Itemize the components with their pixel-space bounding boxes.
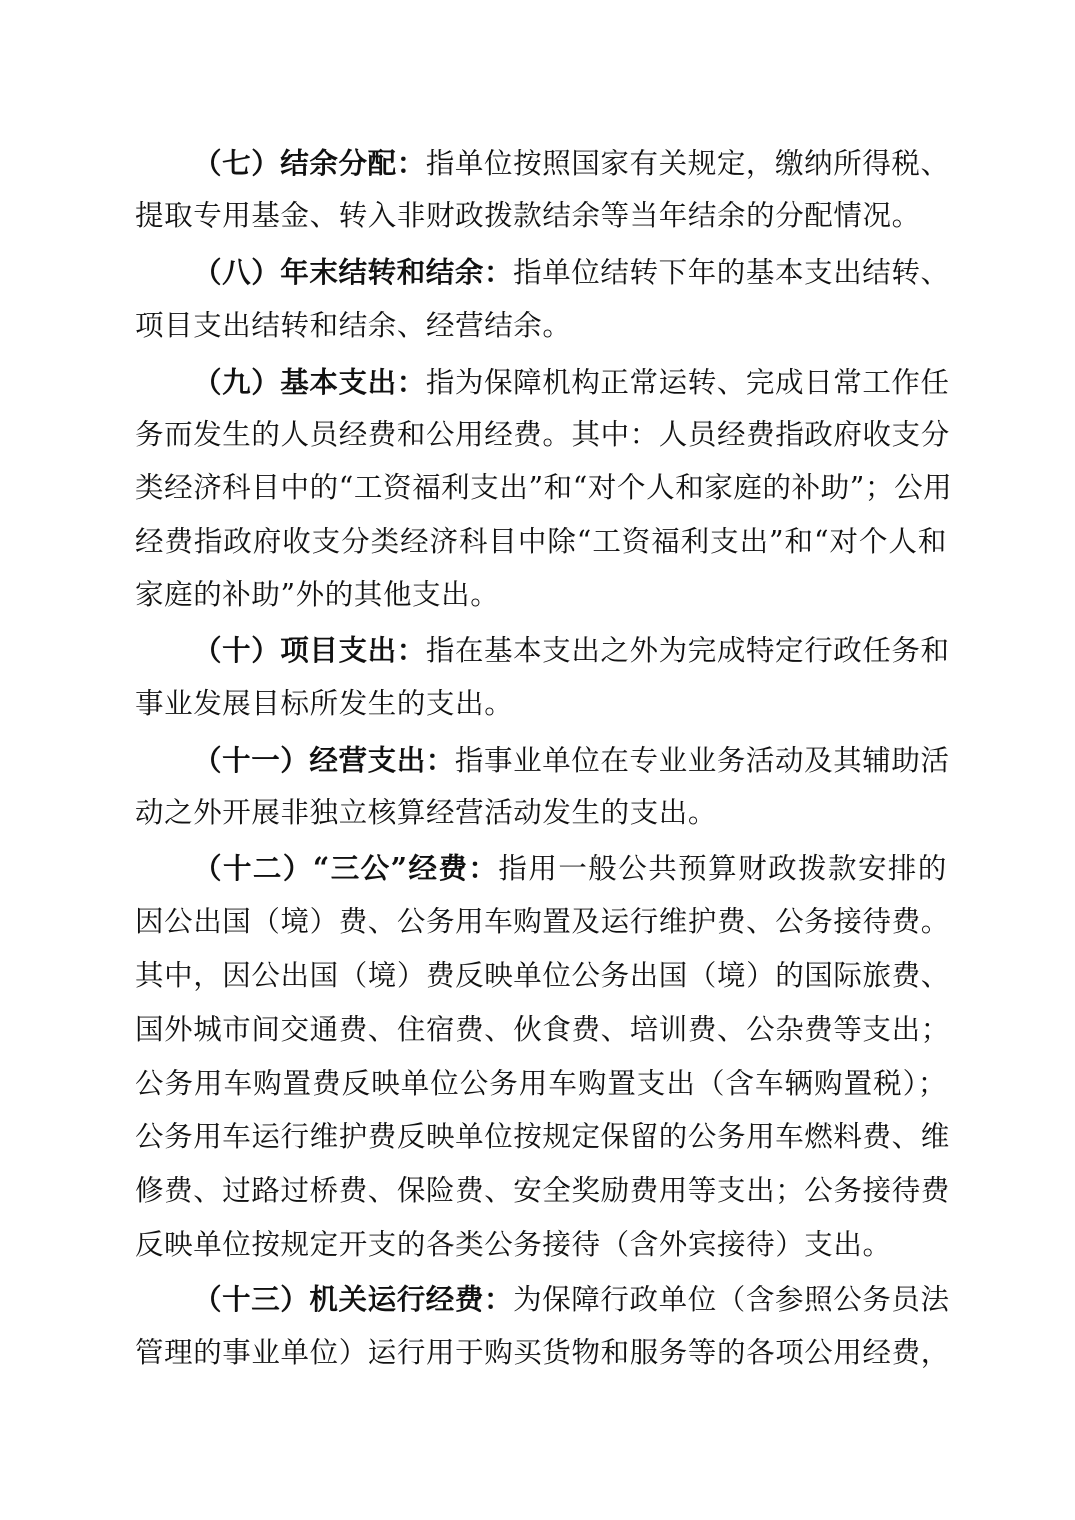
paragraph-7-heading: （七）结余分配： <box>193 146 426 180</box>
document-page: （七）结余分配：指单位按照国家有关规定，缴纳所得税、 提取专用基金、转入非财政拨… <box>0 0 1075 1520</box>
paragraph-12-line-5: 公务用车购置费反映单位公务用车购置支出（含车辆购置税）； <box>135 1064 947 1104</box>
paragraph-11-heading: （十一）经营支出： <box>193 743 455 777</box>
paragraph-11-line-2: 动之外开展非独立核算经营活动发生的支出。 <box>135 793 947 833</box>
paragraph-12-line-6: 公务用车运行维护费反映单位按规定保留的公务用车燃料费、维 <box>135 1117 947 1157</box>
paragraph-9-line-1: （九）基本支出：指为保障机构正常运转、完成日常工作任 <box>193 362 947 402</box>
paragraph-8-heading: （八）年末结转和结余： <box>193 255 513 289</box>
paragraph-13-line-2: 管理的事业单位）运行用于购买货物和服务等的各项公用经费， <box>135 1333 947 1373</box>
paragraph-8-line-2: 项目支出结转和结余、经营结余。 <box>135 306 947 346</box>
paragraph-11-line-1: （十一）经营支出：指事业单位在专业业务活动及其辅助活 <box>193 740 947 780</box>
paragraph-9-line-2: 务而发生的人员经费和公用经费。其中：人员经费指政府收支分 <box>135 415 947 455</box>
paragraph-12-line-1: （十二）“三公”经费：指用一般公共预算财政拨款安排的 <box>193 848 947 888</box>
paragraph-8-line-1: （八）年末结转和结余：指单位结转下年的基本支出结转、 <box>193 252 947 292</box>
paragraph-9-line-3: 类经济科目中的“工资福利支出”和“对个人和家庭的补助”；公用 <box>135 468 947 508</box>
paragraph-12-heading: （十二）“三公”经费： <box>193 851 498 885</box>
paragraph-13-heading: （十三）机关运行经费： <box>193 1282 513 1316</box>
paragraph-10-line-2: 事业发展目标所发生的支出。 <box>135 684 947 724</box>
paragraph-12-line-7: 修费、过路过桥费、保险费、安全奖励费用等支出；公务接待费 <box>135 1171 947 1211</box>
paragraph-9-heading: （九）基本支出： <box>193 365 426 399</box>
paragraph-10-heading: （十）项目支出： <box>193 633 426 667</box>
paragraph-7-line-1: （七）结余分配：指单位按照国家有关规定，缴纳所得税、 <box>193 143 947 183</box>
paragraph-9-line-5: 家庭的补助”外的其他支出。 <box>135 575 947 615</box>
paragraph-7-line-2: 提取专用基金、转入非财政拨款结余等当年结余的分配情况。 <box>135 196 947 236</box>
paragraph-10-line-1: （十）项目支出：指在基本支出之外为完成特定行政任务和 <box>193 630 947 670</box>
paragraph-12-line-3: 其中，因公出国（境）费反映单位公务出国（境）的国际旅费、 <box>135 956 947 996</box>
paragraph-12-line-8: 反映单位按规定开支的各类公务接待（含外宾接待）支出。 <box>135 1225 947 1265</box>
paragraph-13-line-1: （十三）机关运行经费：为保障行政单位（含参照公务员法 <box>193 1279 947 1319</box>
paragraph-12-line-2: 因公出国（境）费、公务用车购置及运行维护费、公务接待费。 <box>135 902 947 942</box>
paragraph-9-line-4: 经费指政府收支分类经济科目中除“工资福利支出”和“对个人和 <box>135 522 947 562</box>
paragraph-12-line-4: 国外城市间交通费、住宿费、伙食费、培训费、公杂费等支出； <box>135 1010 947 1050</box>
